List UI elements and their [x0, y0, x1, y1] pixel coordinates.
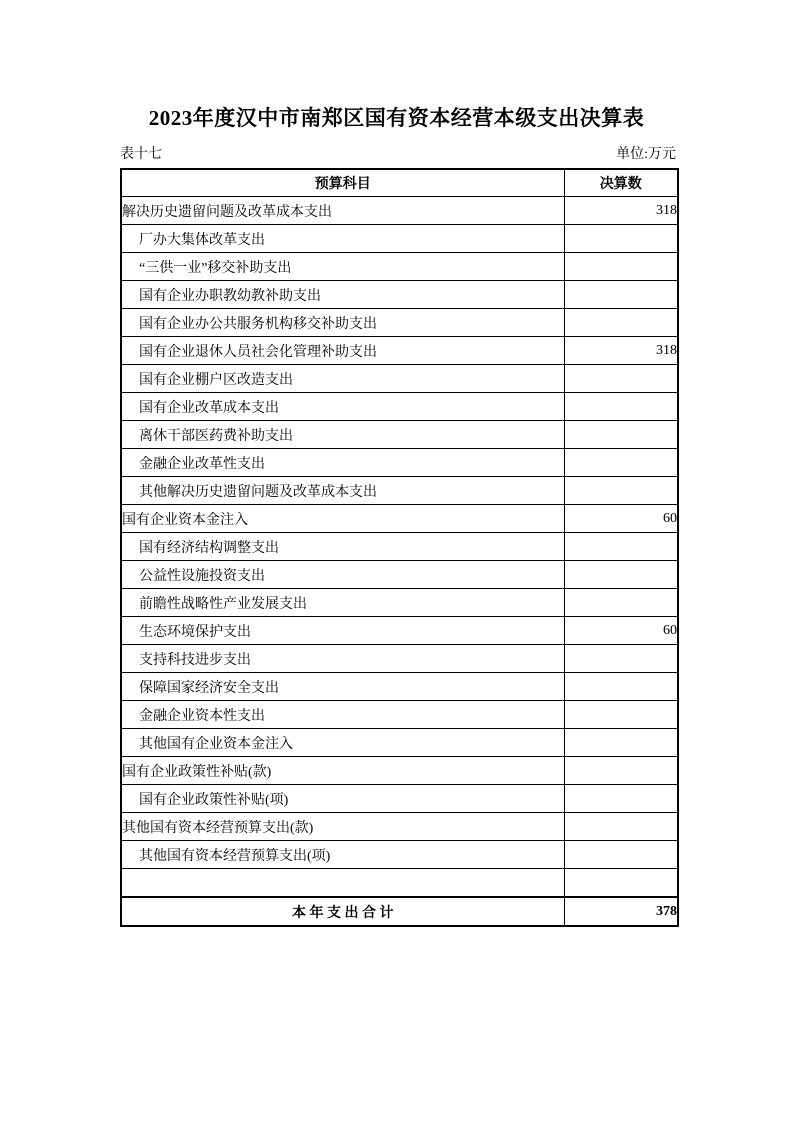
table-row: 生态环境保护支出 60	[121, 617, 678, 645]
table-row: 国有企业棚户区改造支出	[121, 365, 678, 393]
table-row: “三供一业”移交补助支出	[121, 253, 678, 281]
value-cell	[564, 869, 678, 898]
total-row: 本 年 支 出 合 计 378	[121, 897, 678, 926]
subject-cell: 金融企业资本性支出	[121, 701, 564, 729]
subject-cell: 国有企业退休人员社会化管理补助支出	[121, 337, 564, 365]
column-header-final-amount: 决算数	[564, 169, 678, 197]
subject-cell: 国有企业棚户区改造支出	[121, 365, 564, 393]
subject-cell: 公益性设施投资支出	[121, 561, 564, 589]
subject-cell: 前瞻性战略性产业发展支出	[121, 589, 564, 617]
subject-cell: 厂办大集体改革支出	[121, 225, 564, 253]
value-cell	[564, 281, 678, 309]
unit-label: 单位:万元	[616, 145, 676, 165]
table-row: 国有企业办公共服务机构移交补助支出	[121, 309, 678, 337]
value-cell	[564, 673, 678, 701]
table-row: 国有企业政策性补贴(款)	[121, 757, 678, 785]
value-cell	[564, 561, 678, 589]
value-cell	[564, 365, 678, 393]
subject-cell: 离休干部医药费补助支出	[121, 421, 564, 449]
value-cell	[564, 701, 678, 729]
table-row: 其他国有资本经营预算支出(项)	[121, 841, 678, 869]
subject-cell: 生态环境保护支出	[121, 617, 564, 645]
column-header-budget-subject: 预算科目	[121, 169, 564, 197]
value-cell	[564, 253, 678, 281]
table-row: 金融企业改革性支出	[121, 449, 678, 477]
total-label-cell: 本 年 支 出 合 计	[121, 897, 564, 926]
table-row: 前瞻性战略性产业发展支出	[121, 589, 678, 617]
value-cell: 60	[564, 617, 678, 645]
table-row: 国有企业政策性补贴(项)	[121, 785, 678, 813]
value-cell	[564, 421, 678, 449]
table-row-empty	[121, 869, 678, 898]
table-number-label: 表十七	[120, 145, 162, 165]
table-row: 解决历史遗留问题及改革成本支出 318	[121, 197, 678, 225]
table-row: 公益性设施投资支出	[121, 561, 678, 589]
value-cell: 318	[564, 337, 678, 365]
table-row: 国有企业办职教幼教补助支出	[121, 281, 678, 309]
table-row: 金融企业资本性支出	[121, 701, 678, 729]
subject-cell: 解决历史遗留问题及改革成本支出	[121, 197, 564, 225]
value-cell	[564, 477, 678, 505]
header-row: 预算科目 决算数	[121, 169, 678, 197]
table-row: 其他国有企业资本金注入	[121, 729, 678, 757]
subject-cell: 其他解决历史遗留问题及改革成本支出	[121, 477, 564, 505]
subject-cell: 国有企业资本金注入	[121, 505, 564, 533]
subject-cell: 国有企业改革成本支出	[121, 393, 564, 421]
table-row: 国有企业资本金注入 60	[121, 505, 678, 533]
value-cell	[564, 533, 678, 561]
subject-cell: 其他国有资本经营预算支出(项)	[121, 841, 564, 869]
value-cell	[564, 813, 678, 841]
value-cell	[564, 589, 678, 617]
value-cell	[564, 225, 678, 253]
subject-cell: 国有企业办公共服务机构移交补助支出	[121, 309, 564, 337]
table-row: 支持科技进步支出	[121, 645, 678, 673]
subject-cell: 国有企业办职教幼教补助支出	[121, 281, 564, 309]
table-row: 厂办大集体改革支出	[121, 225, 678, 253]
value-cell	[564, 309, 678, 337]
value-cell	[564, 841, 678, 869]
table-meta-row: 表十七 单位:万元	[120, 145, 676, 165]
total-value-cell: 378	[564, 897, 678, 926]
value-cell: 60	[564, 505, 678, 533]
value-cell	[564, 757, 678, 785]
subject-cell: 其他国有企业资本金注入	[121, 729, 564, 757]
value-cell: 318	[564, 197, 678, 225]
table-row: 其他解决历史遗留问题及改革成本支出	[121, 477, 678, 505]
subject-cell: 其他国有资本经营预算支出(款)	[121, 813, 564, 841]
value-cell	[564, 449, 678, 477]
table-row: 保障国家经济安全支出	[121, 673, 678, 701]
subject-cell: 国有经济结构调整支出	[121, 533, 564, 561]
subject-cell: “三供一业”移交补助支出	[121, 253, 564, 281]
value-cell	[564, 645, 678, 673]
subject-cell: 国有企业政策性补贴(项)	[121, 785, 564, 813]
subject-cell	[121, 869, 564, 898]
table-row: 国有企业退休人员社会化管理补助支出 318	[121, 337, 678, 365]
table-row: 国有经济结构调整支出	[121, 533, 678, 561]
subject-cell: 支持科技进步支出	[121, 645, 564, 673]
table-row: 离休干部医药费补助支出	[121, 421, 678, 449]
table-row: 其他国有资本经营预算支出(款)	[121, 813, 678, 841]
page-title: 2023年度汉中市南郑区国有资本经营本级支出决算表	[0, 0, 793, 133]
value-cell	[564, 393, 678, 421]
value-cell	[564, 729, 678, 757]
document-page: 2023年度汉中市南郑区国有资本经营本级支出决算表 表十七 单位:万元 预算科目…	[0, 0, 793, 1122]
subject-cell: 金融企业改革性支出	[121, 449, 564, 477]
expenditure-table: 预算科目 决算数 解决历史遗留问题及改革成本支出 318 厂办大集体改革支出 “…	[120, 168, 679, 927]
value-cell	[564, 785, 678, 813]
table-row: 国有企业改革成本支出	[121, 393, 678, 421]
subject-cell: 保障国家经济安全支出	[121, 673, 564, 701]
subject-cell: 国有企业政策性补贴(款)	[121, 757, 564, 785]
